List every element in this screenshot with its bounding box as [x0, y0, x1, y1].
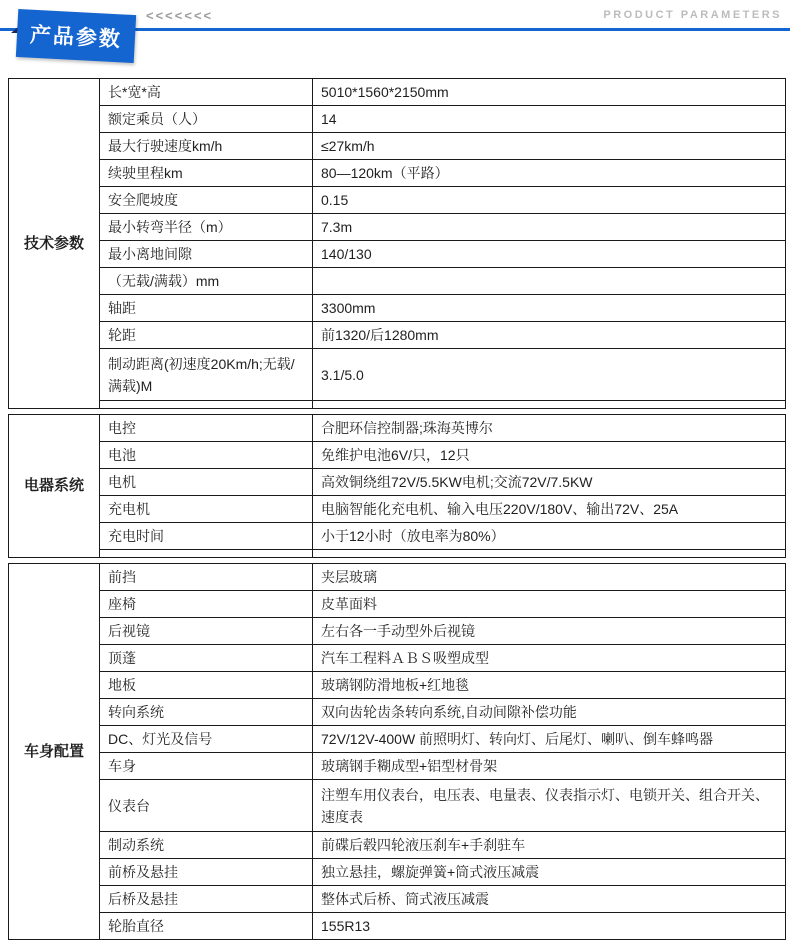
- page-subtitle-en: PRODUCT PARAMETERS: [603, 9, 782, 21]
- table-row: 座椅皮革面料: [9, 591, 786, 618]
- param-value: [313, 268, 786, 295]
- table-row: 充电时间小于12小时（放电率为80%）: [9, 523, 786, 550]
- table-row: DC、灯光及信号72V/12V-400W 前照明灯、转向灯、后尾灯、喇叭、倒车蜂…: [9, 726, 786, 753]
- table-row: 充电机电脑智能化充电机、输入电压220V/180V、输出72V、25A: [9, 496, 786, 523]
- table-row: 制动距离(初速度20Km/h;无载/满载)M3.1/5.0: [9, 349, 786, 401]
- param-value: 整体式后桥、筒式液压减震: [313, 886, 786, 913]
- param-value: 小于12小时（放电率为80%）: [313, 523, 786, 550]
- section-label: 车身配置: [9, 564, 100, 940]
- param-label: 充电机: [100, 496, 313, 523]
- param-value: 合肥环信控制器;珠海英博尔: [313, 415, 786, 442]
- param-label: 长*宽*高: [100, 79, 313, 106]
- spacer-row: [9, 550, 786, 558]
- param-label: 续驶里程km: [100, 160, 313, 187]
- spacer-cell: [100, 550, 313, 558]
- param-value: 玻璃钢手糊成型+铝型材骨架: [313, 753, 786, 780]
- param-label: 电池: [100, 442, 313, 469]
- table-row: 最小转弯半径（m）7.3m: [9, 214, 786, 241]
- param-value: 独立悬挂，螺旋弹簧+筒式液压减震: [313, 859, 786, 886]
- table-row: 技术参数长*宽*高5010*1560*2150mm: [9, 79, 786, 106]
- param-value: 前碟后毂四轮液压刹车+手刹驻车: [313, 832, 786, 859]
- param-label: 电控: [100, 415, 313, 442]
- table-row: 后桥及悬挂整体式后桥、筒式液压减震: [9, 886, 786, 913]
- table-row: （无载/满载）mm: [9, 268, 786, 295]
- param-label: 最大行驶速度km/h: [100, 133, 313, 160]
- param-value: 夹层玻璃: [313, 564, 786, 591]
- table-row: 电器系统电控合肥环信控制器;珠海英博尔: [9, 415, 786, 442]
- param-label: （无载/满载）mm: [100, 268, 313, 295]
- param-label: 顶蓬: [100, 645, 313, 672]
- param-value: 高效铜绕组72V/5.5KW电机;交流72V/7.5KW: [313, 469, 786, 496]
- table-row: 安全爬坡度0.15: [9, 187, 786, 214]
- param-value: 7.3m: [313, 214, 786, 241]
- table-row: 电池免维护电池6V/只，12只: [9, 442, 786, 469]
- param-value: 14: [313, 106, 786, 133]
- param-label: 制动距离(初速度20Km/h;无载/满载)M: [100, 349, 313, 401]
- param-value: ≤27km/h: [313, 133, 786, 160]
- param-value: 0.15: [313, 187, 786, 214]
- param-value: 免维护电池6V/只，12只: [313, 442, 786, 469]
- spacer-cell: [313, 550, 786, 558]
- param-label: 轮胎直径: [100, 913, 313, 940]
- page-title: 产品参数: [29, 19, 122, 54]
- param-label: 后视镜: [100, 618, 313, 645]
- param-value: 80—120km（平路）: [313, 160, 786, 187]
- param-value: 双向齿轮齿条转向系统,自动间隙补偿功能: [313, 699, 786, 726]
- table-row: 最小离地间隙140/130: [9, 241, 786, 268]
- table-row: 前桥及悬挂独立悬挂，螺旋弹簧+筒式液压减震: [9, 859, 786, 886]
- param-label: 后桥及悬挂: [100, 886, 313, 913]
- param-value: 注塑车用仪表台，电压表、电量表、仪表指示灯、电锁开关、组合开关、速度表: [313, 780, 786, 832]
- param-label: DC、灯光及信号: [100, 726, 313, 753]
- table-row: 额定乘员（人）14: [9, 106, 786, 133]
- param-value: 电脑智能化充电机、输入电压220V/180V、输出72V、25A: [313, 496, 786, 523]
- table-row: 轮距前1320/后1280mm: [9, 322, 786, 349]
- page-header: 产品参数 <<<<<<< PRODUCT PARAMETERS: [0, 0, 790, 78]
- param-label: 轮距: [100, 322, 313, 349]
- param-value: 左右各一手动型外后视镜: [313, 618, 786, 645]
- spacer-row: [9, 401, 786, 409]
- table-row: 最大行驶速度km/h≤27km/h: [9, 133, 786, 160]
- param-label: 座椅: [100, 591, 313, 618]
- table-row: 轴距3300mm: [9, 295, 786, 322]
- param-value: 5010*1560*2150mm: [313, 79, 786, 106]
- section-table: 电器系统电控合肥环信控制器;珠海英博尔电池免维护电池6V/只，12只电机高效铜绕…: [8, 414, 786, 558]
- spacer-cell: [313, 401, 786, 409]
- param-label: 最小离地间隙: [100, 241, 313, 268]
- param-value: 140/130: [313, 241, 786, 268]
- spacer-cell: [100, 401, 313, 409]
- param-value: 155R13: [313, 913, 786, 940]
- table-row: 仪表台注塑车用仪表台，电压表、电量表、仪表指示灯、电锁开关、组合开关、速度表: [9, 780, 786, 832]
- table-row: 后视镜左右各一手动型外后视镜: [9, 618, 786, 645]
- param-label: 最小转弯半径（m）: [100, 214, 313, 241]
- section-table: 车身配置前挡夹层玻璃座椅皮革面料后视镜左右各一手动型外后视镜顶蓬汽车工程料ＡＢＳ…: [8, 563, 786, 940]
- table-row: 车身配置前挡夹层玻璃: [9, 564, 786, 591]
- table-row: 顶蓬汽车工程料ＡＢＳ吸塑成型: [9, 645, 786, 672]
- table-row: 轮胎直径155R13: [9, 913, 786, 940]
- table-row: 续驶里程km80—120km（平路）: [9, 160, 786, 187]
- table-row: 制动系统前碟后毂四轮液压刹车+手刹驻车: [9, 832, 786, 859]
- param-value: 3.1/5.0: [313, 349, 786, 401]
- param-value: 玻璃钢防滑地板+红地毯: [313, 672, 786, 699]
- param-label: 转向系统: [100, 699, 313, 726]
- param-label: 制动系统: [100, 832, 313, 859]
- param-value: 汽车工程料ＡＢＳ吸塑成型: [313, 645, 786, 672]
- param-label: 安全爬坡度: [100, 187, 313, 214]
- table-row: 电机高效铜绕组72V/5.5KW电机;交流72V/7.5KW: [9, 469, 786, 496]
- section-table: 技术参数长*宽*高5010*1560*2150mm额定乘员（人）14最大行驶速度…: [8, 78, 786, 409]
- chevron-left-arrows-icon: <<<<<<<: [146, 8, 213, 23]
- param-label: 轴距: [100, 295, 313, 322]
- table-row: 地板玻璃钢防滑地板+红地毯: [9, 672, 786, 699]
- param-label: 前挡: [100, 564, 313, 591]
- param-label: 前桥及悬挂: [100, 859, 313, 886]
- table-row: 转向系统双向齿轮齿条转向系统,自动间隙补偿功能: [9, 699, 786, 726]
- param-label: 充电时间: [100, 523, 313, 550]
- param-value: 72V/12V-400W 前照明灯、转向灯、后尾灯、喇叭、倒车蜂鸣器: [313, 726, 786, 753]
- section-title-badge: 产品参数: [16, 9, 136, 63]
- section-label: 电器系统: [9, 415, 100, 558]
- param-label: 电机: [100, 469, 313, 496]
- param-value: 前1320/后1280mm: [313, 322, 786, 349]
- param-value: 3300mm: [313, 295, 786, 322]
- param-label: 车身: [100, 753, 313, 780]
- param-label: 仪表台: [100, 780, 313, 832]
- section-label: 技术参数: [9, 79, 100, 409]
- param-label: 额定乘员（人）: [100, 106, 313, 133]
- param-value: 皮革面料: [313, 591, 786, 618]
- spec-table: 技术参数长*宽*高5010*1560*2150mm额定乘员（人）14最大行驶速度…: [8, 78, 782, 940]
- table-row: 车身玻璃钢手糊成型+铝型材骨架: [9, 753, 786, 780]
- param-label: 地板: [100, 672, 313, 699]
